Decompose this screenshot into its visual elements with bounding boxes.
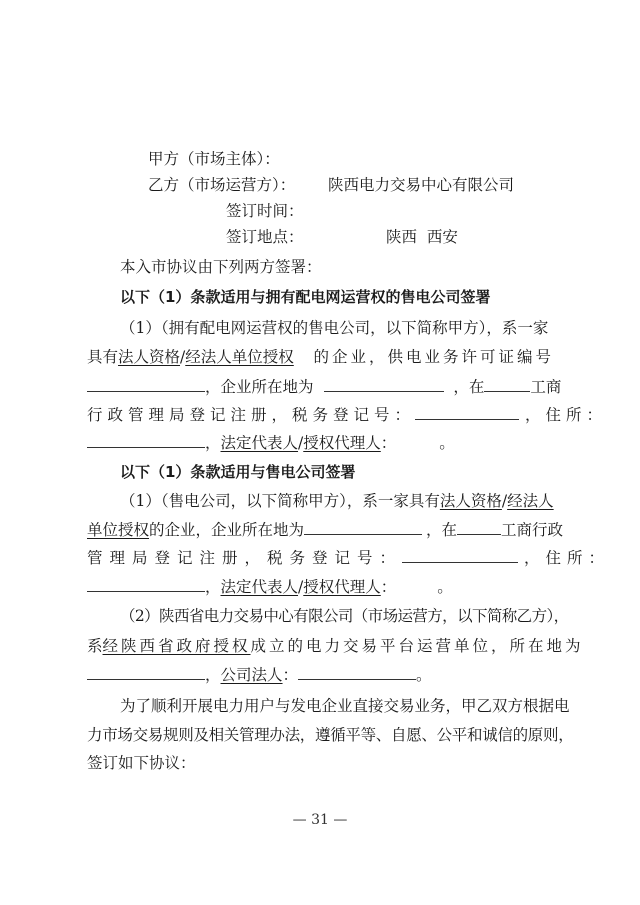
text: 。 — [439, 434, 455, 452]
text: 。 — [416, 666, 432, 684]
section2-line1: （1）（售电公司，以下简称甲方），系一家具有法人资格/经法人 — [120, 491, 554, 511]
legal-rep-term: 法定代表人 — [221, 578, 299, 596]
bureau-blank[interactable] — [484, 377, 530, 392]
section3-line1: （2）陕西省电力交易中心有限公司（市场运营方，以下简称乙方）， — [120, 606, 554, 626]
party-a-label: 甲方（市场主体）： — [148, 150, 280, 168]
party-b-label: 乙方（市场运营方）： — [148, 176, 295, 194]
text: 。 — [437, 578, 453, 596]
section2-line4: ，法定代表人/授权代理人： 。 — [87, 577, 554, 597]
text: ，住所： — [524, 549, 610, 567]
text: （1）（售电公司，以下简称甲方），系一家具有 — [120, 492, 440, 510]
company-legal-term: 公司法人 — [221, 666, 283, 684]
tax-number-blank[interactable] — [415, 405, 519, 420]
legal-entity-term: 法人资格 — [440, 492, 502, 510]
section3-line2: 系经陕西省政府授权成立的电力交易平台运营单位，所在地为 — [87, 636, 554, 656]
address-blank[interactable] — [87, 433, 205, 448]
agent-term: 授权代理人 — [303, 434, 381, 452]
text: 工商 — [530, 378, 561, 396]
text: ： — [381, 578, 397, 596]
text: 工商行政 — [501, 521, 563, 539]
legal-person-blank[interactable] — [298, 665, 416, 680]
text: ，住所： — [525, 406, 607, 424]
section1-text: （1）（拥有配电网运营权的售电公司，以下简称甲方），系一家 — [120, 318, 548, 338]
text: ： — [381, 434, 397, 452]
section1-line1: （1）（拥有配电网运营权的售电公司，以下简称甲方），系一家 — [120, 318, 554, 338]
text: 的企业，供电业务许可证编号 — [313, 347, 554, 367]
sign-place-line: 签订地点： 陕西 西安 — [226, 227, 640, 247]
text: ，在 — [426, 521, 457, 539]
intro-text: 本入市协议由下列两方签署： — [120, 257, 587, 277]
text: ， — [205, 578, 221, 596]
text: 的企业，企业所在地为 — [149, 521, 304, 539]
text: 管理局登记注册，税务登记号： — [87, 549, 402, 567]
text: ，企业所在地为 — [205, 378, 314, 396]
section1-heading: 以下（1）条款适用与拥有配电网运营权的售电公司签署 — [120, 287, 587, 307]
authorized-entity-term: 经法人单位授权 — [185, 348, 294, 366]
closing-line3: 签订如下协议： — [87, 753, 554, 773]
section1-line3: ，企业所在地为 ，在工商 — [87, 377, 554, 397]
sign-place-value: 陕西 西安 — [386, 227, 458, 247]
section1-line2: 具有法人资格/经法人单位授权 的企业，供电业务许可证编号 — [87, 347, 554, 367]
closing-line2: 力市场交易规则及相关管理办法，遵循平等、自愿、公平和诚信的原则， — [87, 725, 554, 745]
address-blank[interactable] — [87, 577, 205, 592]
section2-heading: 以下（1）条款适用与售电公司签署 — [120, 462, 587, 482]
party-b-line: 乙方（市场运营方）： 陕西电力交易中心有限公司 — [148, 175, 615, 195]
document-page: 甲方（市场主体）： 乙方（市场运营方）： 陕西电力交易中心有限公司 签订时间： … — [0, 0, 640, 905]
section2-line2: 单位授权的企业，企业所在地为，在工商行政 — [87, 520, 554, 540]
party-b-value: 陕西电力交易中心有限公司 — [328, 175, 514, 195]
tax-number-blank[interactable] — [402, 548, 518, 563]
section3-line3: ，公司法人：。 — [87, 665, 554, 685]
license-number-blank[interactable] — [87, 377, 205, 392]
sign-time-line: 签订时间： — [226, 201, 640, 221]
text: 具有 — [87, 348, 118, 366]
party-a-line: 甲方（市场主体）： — [148, 149, 615, 169]
text: 系 — [87, 637, 103, 655]
text: 成立的电力交易平台运营单位，所在地为 — [251, 637, 584, 655]
text: ， — [205, 666, 221, 684]
location-blank[interactable] — [324, 377, 444, 392]
agent-term: 授权代理人 — [303, 578, 381, 596]
section1-line5: ，法定代表人/授权代理人： 。 — [87, 433, 554, 453]
location-blank[interactable] — [304, 520, 422, 535]
authorized-entity-term: 单位授权 — [87, 521, 149, 539]
closing-line1: 为了顺利开展电力用户与发电企业直接交易业务，甲乙双方根据电 — [120, 696, 554, 716]
sign-place-label: 签订地点： — [226, 228, 304, 246]
text: ， — [205, 434, 221, 452]
page-number: — 31 — — [0, 812, 640, 828]
section2-line3: 管理局登记注册，税务登记号：，住所： — [87, 548, 554, 568]
text: ： — [283, 666, 299, 684]
authorized-entity-term: 经法人 — [507, 492, 554, 510]
legal-rep-term: 法定代表人 — [221, 434, 299, 452]
location-blank[interactable] — [87, 665, 205, 680]
sign-time-label: 签订时间： — [226, 202, 304, 220]
section1-line4: 行政管理局登记注册，税务登记号：，住所： — [87, 405, 554, 425]
legal-entity-term: 法人资格 — [118, 348, 180, 366]
text: ，在 — [453, 378, 484, 396]
government-authorized-term: 经陕西省政府授权 — [103, 637, 251, 655]
text: 行政管理局登记注册，税务登记号： — [87, 406, 415, 424]
bureau-blank[interactable] — [457, 520, 501, 535]
